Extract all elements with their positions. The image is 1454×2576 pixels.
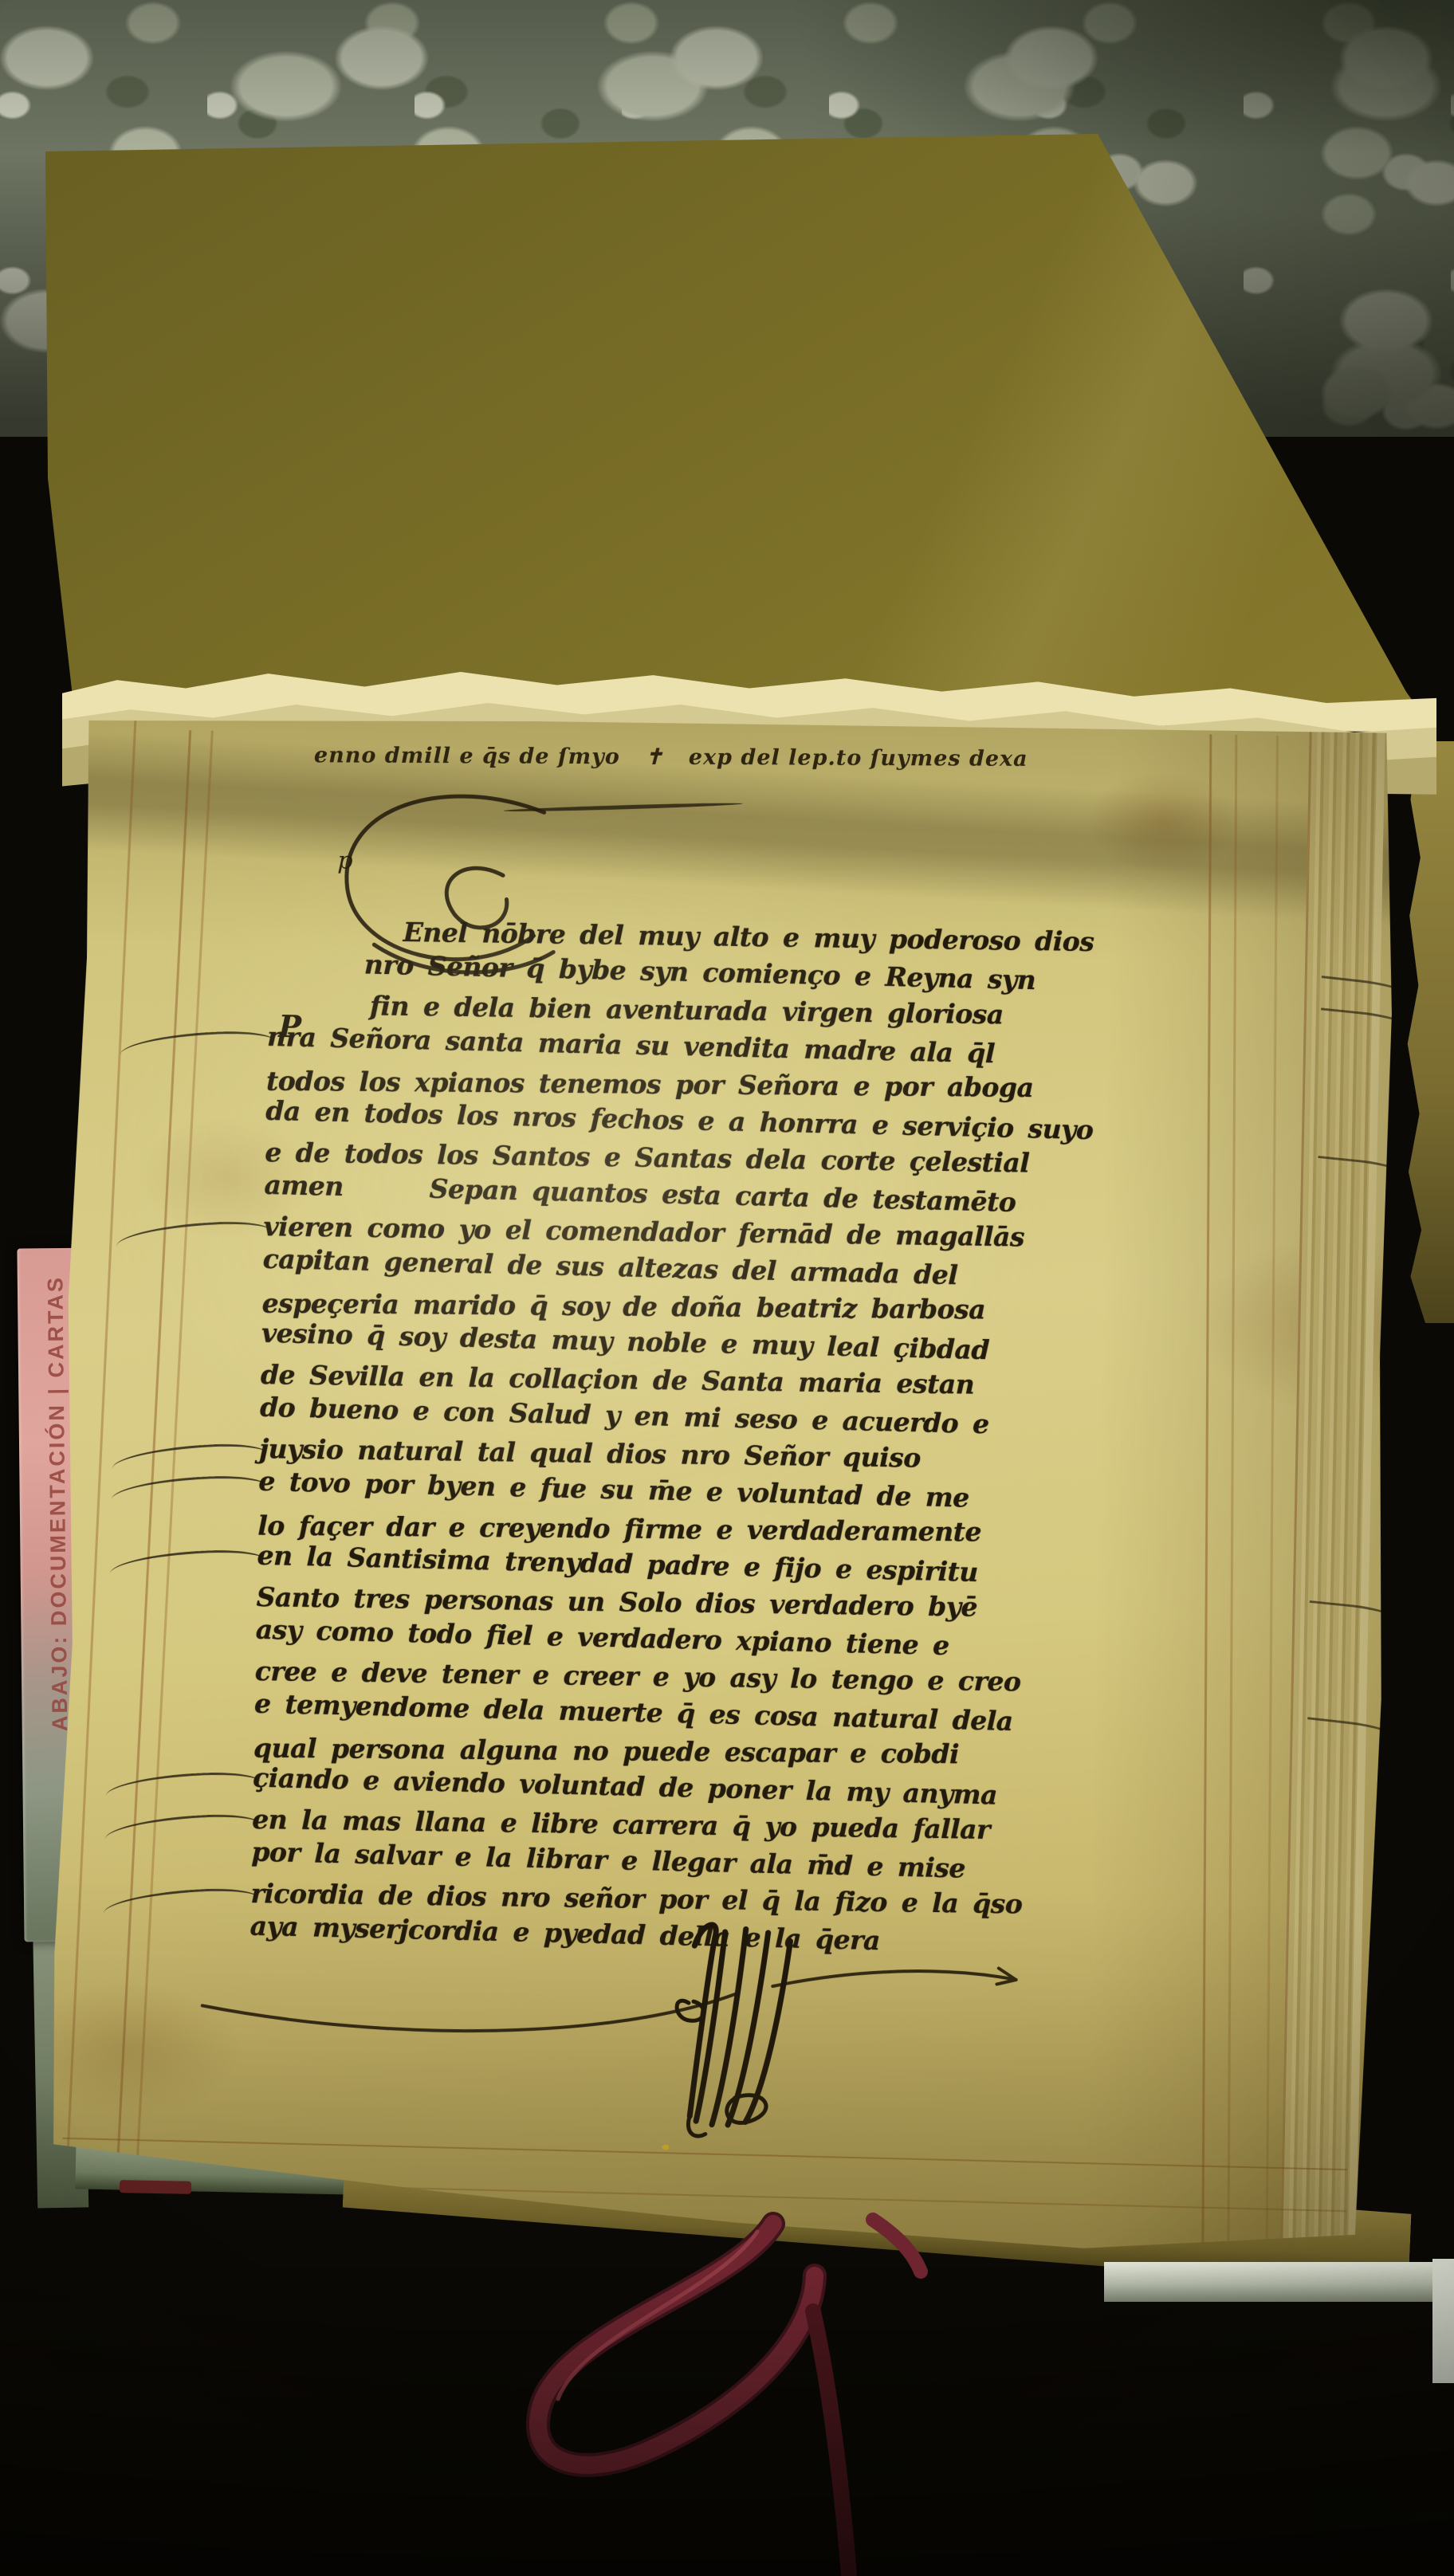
- folder-edge-glint: [120, 2180, 191, 2194]
- page-lighting: [45, 708, 1405, 2291]
- torn-leaf-sliver: [1405, 741, 1454, 1323]
- manuscript-photo-scene: ABAJO: DOCUMENTACIÓN | CARTAS enno dmill…: [0, 0, 1454, 2576]
- crimson-ribbon-icon: [470, 2144, 1076, 2576]
- glass-edge-bottom-right: [1104, 2262, 1454, 2302]
- tab-label: ABAJO: DOCUMENTACIÓN | CARTAS: [43, 1275, 73, 1731]
- glass-corner-sliver: [1432, 2259, 1454, 2383]
- manuscript-page: enno dmill e q̄s de ſmyo ✝ exp del lep.t…: [45, 708, 1405, 2291]
